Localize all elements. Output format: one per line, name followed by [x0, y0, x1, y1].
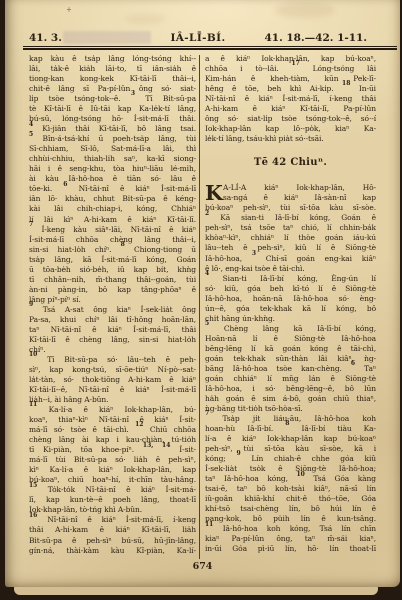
text-line: chíⁿ. [29, 345, 196, 355]
paper-stain [125, 14, 165, 24]
book-title: IÂ-LĪ-BÍ. [170, 32, 225, 44]
text-line: iû-goân khiā-khí chit-ê thó·-tōe, Góa [205, 494, 376, 504]
text-line: Kim-hán ê kheh-tiàm, kūn Pek-lī- [205, 74, 376, 84]
text-line: koaⁿ, thiaⁿ-kìⁿ Nî-tāi-nî ê kiáⁿ Í-sit- [29, 415, 196, 425]
text-line: chhōa i tò--lâi. 17 Lóng-tsóng lâi [205, 64, 376, 74]
text-line: Iâ-hô-hoa, i só· bēng-lēng--ê, bô lūn [205, 384, 376, 394]
text-line: 11 Iâ-hô-hoa koh kóng, Tsá lín chīn [205, 524, 376, 534]
paper-stain [275, 2, 335, 18]
column-divider [199, 55, 200, 559]
text-line: ǹg-bāng tit-tio̍h tsō-hòa-sī. [205, 404, 376, 414]
text-line: khí-tsō tsai-chèng lín, bô húi lín ê [205, 504, 376, 514]
verse-number: 11 [205, 521, 213, 528]
text-line: in-ūi Góa pì-iū lín, hō· lín thoat-lī [205, 544, 376, 554]
text-line: kiaⁿ Pa-pí-lûn ông, taⁿ m̄-sái kiaⁿ, [205, 534, 376, 544]
text-line: lí lâi kìⁿ A-hi-kam ê kiáⁿ Kî-tāi-lī. [29, 215, 196, 225]
text-line: 4 Sian-ti Iâ-lī-bí kóng, Èng-ún lí [205, 274, 376, 284]
text-line: lâng píⁿ-píⁿ sí. [29, 295, 196, 305]
text-line: má-lī tùi Bi̍t-sū-pa só· lia̍h ê peh-sìⁿ… [29, 455, 196, 465]
text-line: Í-sek-lia̍t tso̍k ê Siōng-tè Iâ-hô-hoa; [205, 464, 376, 474]
verse-number: 5 [29, 131, 33, 138]
text-line: só· kiû, góa beh kî-tó lí ê Siōng-tè [205, 284, 376, 294]
page-number: 674 [29, 561, 376, 572]
text-line: hêng ê tōe, beh khì Ai-ki̍p. 18 In-ūi [205, 84, 376, 94]
text-line: bēng-lēng lí kā goán kóng ê tāi-chì, [205, 344, 376, 354]
text-columns: kap kàu ê tsa̍p lâng lóng-tsóng khí--lâi… [29, 54, 376, 560]
text-line: A-LÍ-A kiáⁿ Iok-khap-lân, Hô- [223, 183, 376, 193]
text-line: kìⁿ Ka-lí-a ê kiáⁿ Iok-khap-lân, kap [29, 465, 196, 475]
verse-number: 3 [131, 90, 135, 97]
text-line: má-lī só· tsòe ê tāi-chì. 12 Chiū chhōa [29, 425, 196, 435]
verse-number: 16 [29, 512, 37, 519]
text-line: bāng Iâ-hô-hoa tsòe kan-chèng. 6 Taⁿ [205, 364, 376, 374]
text-line: àn-ni pàng-in, bô kap tâng-phōaⁿ ê [29, 285, 196, 295]
chapter-heading: Tē 42 Chiuⁿ. [205, 157, 376, 169]
verse-number: 8 [121, 241, 125, 248]
text-line: Iok-khap-lân, tò-tńg khì A-bûn. [29, 505, 196, 515]
dropcap-lines: A-LÍ-A kiáⁿ Iok-khap-lân, Hô-sa-ngá ê ki… [205, 183, 376, 203]
text-line: kài lâi chih-chiap-i, kóng, Chhiáⁿ [29, 204, 196, 214]
text-line: A-hi-kam ê kiáⁿ Kî-tāi-lī, Pa-pí-lûn [205, 104, 376, 114]
verse-number: 11 [29, 401, 37, 408]
text-line: kóng; 9 Lín chiah-ê chhe góa kiû [205, 454, 376, 464]
text-line: tsa̍p lâng, kā Í-sit-má-lī kóng, Goán [29, 255, 196, 265]
text-line: tiong-kan kong-kek Kî-tāi-lī thâi--i, [29, 74, 196, 84]
text-line: tōe-ki. 6 Nî-tāi-nî ê kiáⁿ Í-sit-má-lī [29, 184, 196, 194]
text-line: Sī-chhiam, Sī-lô, Sat-má-lī-a lâi, thì [29, 144, 196, 154]
text-line: Nî-tāi-nî ê kiáⁿ Í-sit-má-lī, í-keng thâ… [205, 94, 376, 104]
verse-number: 17 [291, 60, 299, 67]
text-line: khòaⁿ-kìⁿ, chhiáⁿ lí thòe goán iáu-kú [205, 233, 376, 243]
text-line: 4 Kì-jiân thâi Kî-tāi-lī, bô lâng tsai. [29, 124, 196, 134]
text-line: lâu--teh ê peh-sìⁿ, kiû lí ê Siōng-tè [205, 243, 376, 253]
verse-number: 9 [236, 450, 240, 457]
text-line: pang-kok, bô pu̍ih lín ê kun-tsâng. [205, 514, 376, 524]
text-line: 5 Bîn-á-tsá-khí ū poeh-tsa̍p lâng, tùi [29, 134, 196, 144]
text-line: taⁿ Iâ-hô-hoa kóng, 10 Tsá Góa kàng [205, 474, 376, 484]
text-line: 9 Tsá A-sat ông kiaⁿ Í-sek-lia̍t ông [29, 305, 196, 315]
text-line: sin-si hiat-lo̍h chíⁿ. 8 Chiong-tiong ū [29, 245, 196, 255]
header-verse-ref-left: 41. 3. [29, 32, 62, 44]
text-line: Iâ-hô-hoa, 3 Chí-sī goán eng-kai kiâⁿ [205, 254, 376, 264]
chapter-41-end: a ê kiáⁿ Iok-khap-lân, kap bú-koaⁿ,chhōa… [205, 54, 376, 144]
verse-number: 15 [29, 482, 37, 489]
text-line: 10 Tī Bi̍t-sū-pa só· lâu--teh ê peh- [29, 355, 196, 365]
text-line: ài kàu Iâ-hô-hoa ê tiān só· lâu ê [29, 174, 196, 184]
text-line: 5 Chèng lâng kā Iâ-lī-bí kóng, [205, 324, 376, 334]
verse-number: 10 [297, 471, 305, 478]
verse-number: 7 [29, 221, 33, 228]
text-line: iân lō· khàu, chhut Bi̍t-sū-pa ê kéng- [29, 194, 196, 204]
text-line: Kî-tāi-lī--ê, Nî-tāi-nî ê kiáⁿ Í-sit-má-… [29, 385, 196, 395]
text-line: lī, kap kun-tè--ê poeh lâng, thoat-lī [29, 495, 196, 505]
text-line: Kî-tāi-lī ê chèng lâng, sin-si hiat-lo̍h [29, 335, 196, 345]
right-text-column: a ê kiáⁿ Iok-khap-lân, kap bú-koaⁿ,chhōa… [205, 54, 376, 560]
text-line: lâi, ta̍k-ê kia̍h lāi-to, tī iân-sia̍h ê [29, 64, 196, 74]
text-line: bú-koaⁿ, chiū hoaⁿ-hí, it-chīn tàu-hâng. [29, 475, 196, 485]
text-line: ha̍h goán ê sim á-bô, goán chiū thiaⁿ, [205, 394, 376, 404]
text-line: gín-ná, thài-kàm kàu Kî-piàn, Ka-lí- [29, 546, 196, 556]
verse-number: 6 [351, 360, 355, 367]
verse-number: 5 [205, 320, 209, 327]
header-rule [23, 46, 397, 50]
verse-number: 3 [252, 250, 256, 257]
text-line: lí-a ê kiáⁿ Iok-khap-lân kap bú-koaⁿ [205, 434, 376, 444]
text-line: tsai-ē, taⁿ bô koh-tsài kiâⁿ, nā-sī lín [205, 484, 376, 494]
text-line: chit-ê lâng sī Pa-pí-lûn ông só· siat- [29, 84, 196, 94]
text-line: Iâ-hô-hoa, hoān-nā Iâ-hô-hoa só· èng- [205, 294, 376, 304]
verse-number: 10 [29, 351, 37, 358]
text-line: lia̍h--i, ài hâng A-bûn. [29, 395, 196, 405]
verse-number: 18 [342, 80, 350, 87]
verse-number: 4 [29, 121, 33, 128]
text-line: bú-koaⁿ peh-sìⁿ, tùi sī-tōa kàu sī-sòe. [205, 203, 376, 213]
text-line: chèng lâng ài kap i kau-chiàn, tú-tio̍h [29, 435, 196, 445]
text-line: bú-sū, lóng-tsóng hō· Í-sit-má-lī thâi. [29, 114, 196, 124]
text-line: tī Ki-piàn, tōa khoe-píⁿ. 13, 14 Í-sit- [29, 445, 196, 455]
page-header: 41. 3. IÂ-LĪ-BÍ. 41. 18.—42. 1-11. [29, 32, 367, 45]
text-line: chhùi-chhiu, thiah-li̍h saⁿ, ka-kī siong… [29, 154, 196, 164]
text-line: la̍t-tàn, só· thok-tiōng A-hi-kam ê kiáⁿ [29, 375, 196, 385]
text-line: 7 Tsa̍p ji̍t liáu-āu, Iâ-hô-hoa koh [205, 414, 376, 424]
text-line: sìⁿ, kap kong-tsú, sī-ōe-tiúⁿ Ní-pò·-sat… [29, 365, 196, 375]
text-line: 7 Í-keng kàu siâⁿ-lāi, Nî-tāi-nî ê kiáⁿ [29, 225, 196, 235]
header-verse-ref-right: 41. 18.—42. 1-11. [264, 32, 367, 44]
text-line: goán chhiáⁿ lí mn̄g lán ê Siōng-tè [205, 374, 376, 384]
text-line: Iok-khap-lân kap lô·-po̍k, kiaⁿ Ka- [205, 124, 376, 134]
text-line: hāi i ê seng-khu, tòa hiuⁿ-liāu lé-mi̍h, [29, 164, 196, 174]
text-line: hoan-hù Iâ-lī-bí. 8 Iâ-lī-bí tiàu Ka- [205, 424, 376, 434]
text-line: Pa-sa, khui chíⁿ lâi tî-hông hoān-lān, [29, 315, 196, 325]
chapter-dropcap-block: K A-LÍ-A kiáⁿ Iok-khap-lân, Hô-sa-ngá ê … [205, 183, 376, 203]
verse-number: 8 [285, 420, 289, 427]
text-line: 2 Kā sian-ti Iâ-lī-bí kóng, Goán ê [205, 213, 376, 223]
text-line: tè Kî-tāi-lī ê Iû-tāi kap Ka-le̍k-tí lân… [29, 104, 196, 114]
text-line: ông só· siat-li̍p tsòe tsóng-tok--ê, só·… [205, 114, 376, 124]
verse-number: 13, 14 [143, 442, 171, 449]
text-line: peh-sìⁿ, tùi sī-tōa kàu sī-sòe, kā i [205, 444, 376, 454]
verse-number: 12 [135, 421, 143, 428]
text-line: Í-sit-má-lī chhōa chèng lâng thâi--i, [29, 235, 196, 245]
verse-number: 4 [205, 270, 209, 277]
verse-number: 2 [205, 210, 209, 217]
text-line: ún--ê, góa tek-khak kā lí kóng, bô [205, 304, 376, 314]
text-line: Hoān-nā lí ê Siōng-tè Iâ-hô-hoa [205, 334, 376, 344]
text-line: sa-ngá ê kiáⁿ Iâ-sàn-nî kap [223, 193, 376, 203]
text-line: 16 Nî-tāi-nî ê kiáⁿ Í-sit-má-lī, í-keng [29, 515, 196, 525]
verse-number: 6 [63, 181, 67, 188]
text-line: taⁿ Nî-tāi-nî ê kiáⁿ Í-sit-má-lī, thâi [29, 325, 196, 335]
paper-speck [67, 7, 71, 12]
text-line: ū tōa-be̍h sió-be̍h, iû kap bi̍t, khǹg [29, 265, 196, 275]
text-line: 11 Ka-lí-a ê kiáⁿ Iok-khap-lân, bú- [29, 405, 196, 415]
text-line: ê lō·, eng-kai tsòe ê tāi-chì. [205, 264, 376, 274]
left-text-column: kap kàu ê tsa̍p lâng lóng-tsóng khí--lâi… [29, 54, 196, 560]
chapter-42-body: bú-koaⁿ peh-sìⁿ, tùi sī-tōa kàu sī-sòe.2… [205, 203, 376, 554]
verse-number: 7 [205, 410, 209, 417]
text-line: tī chhân--ni̍h, m̄-thang thâi--goán, tùi [29, 275, 196, 285]
text-line: Bi̍t-sū-pa ê peh-sìⁿ bú-sū, hū-jîn-lâng, [29, 536, 196, 546]
text-line: le̍k-tí lâng, tsáu-khì pia̍t só·-tsāi. [205, 134, 376, 144]
text-line: 15 To̍k-to̍k Nî-tāi-nî ê kiáⁿ Í-sit-má- [29, 485, 196, 495]
verse-number: 9 [29, 301, 33, 308]
text-line: chi̍t hāng ún-khǹg. [205, 314, 376, 324]
text-line: kap kàu ê tsa̍p lâng lóng-tsóng khí-- [29, 54, 196, 64]
text-line: li̍p tsòe tsóng-tok--ê. 3 Tī Bi̍t-sū-pa [29, 94, 196, 104]
text-line: thâi A-hi-kam ê kiáⁿ Kî-tāi-lī, lia̍h [29, 525, 196, 535]
text-line: peh-sìⁿ, tsá tsōe taⁿ chió, lí chhin-ba̍… [205, 223, 376, 233]
scanned-page-photo: { "colors":{"paper":"#e4d2a6","ink":"#2e… [0, 0, 402, 600]
dropcap-letter: K [205, 184, 223, 203]
